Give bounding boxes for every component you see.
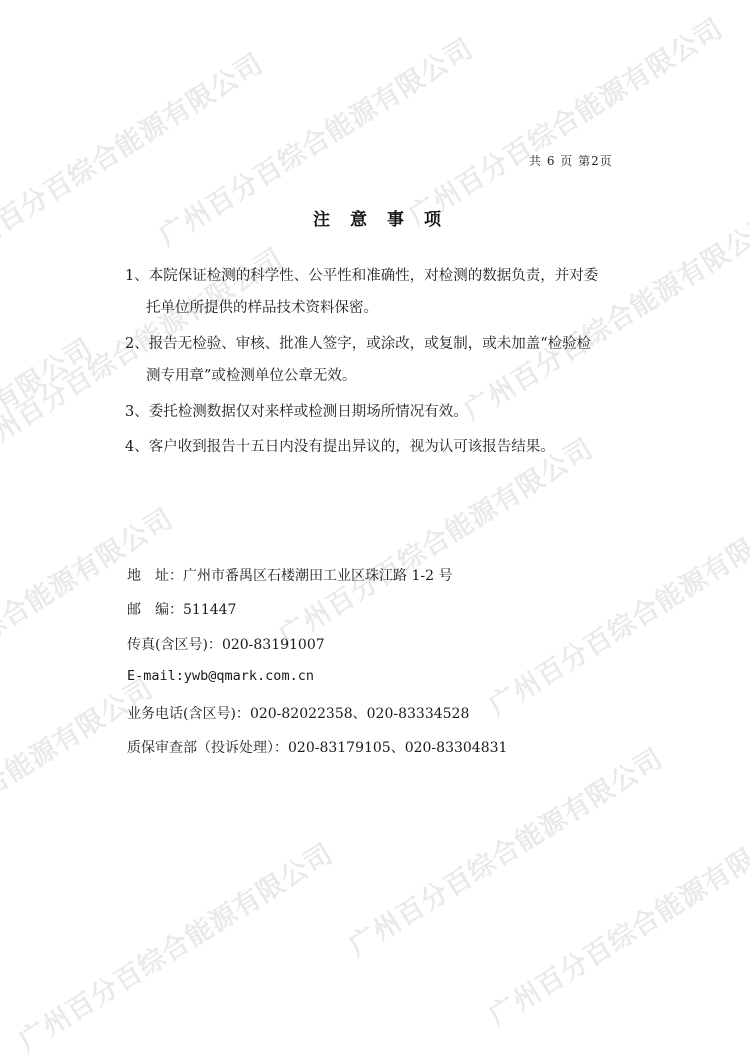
address-label: 地 址：: [127, 568, 183, 584]
notice-item-4: 4、客户收到报告十五日内没有提出异议的，视为认可该报告结果。: [125, 431, 635, 463]
contact-phone: 业务电话(含区号)：020-82022358、020-83334528: [127, 703, 469, 723]
email-value[interactable]: ywb@qmark.com.cn: [184, 668, 314, 684]
phone-value: 020-82022358、020-83334528: [250, 706, 469, 722]
complaint-value: 020-83179105、020-83304831: [288, 740, 507, 756]
notice-text-continued: 托单位所提供的样品技术资料保密。: [125, 292, 635, 324]
complaint-label: 质保审查部（投诉处理）：: [127, 740, 288, 756]
notice-text: 2、报告无检验、审核、批准人签字，或涂改，或复制，或未加盖“检验检: [125, 336, 591, 352]
fax-value: 020-83191007: [222, 637, 325, 653]
phone-label: 业务电话(含区号)：: [127, 706, 250, 722]
notice-text-continued: 测专用章”或检测单位公章无效。: [125, 360, 635, 392]
address-value: 广州市番禺区石楼潮田工业区珠江路 1-2 号: [183, 568, 452, 584]
document-content: 共 6 页 第2页 注意事项 1、本院保证检测的科学性、公平性和准确性，对检测的…: [0, 0, 750, 1061]
page-count: 共 6 页 第2页: [529, 152, 613, 169]
fax-label: 传真(含区号)：: [127, 637, 222, 653]
contact-fax: 传真(含区号)：020-83191007: [127, 634, 325, 654]
notice-text: 1、本院保证检测的科学性、公平性和准确性，对检测的数据负责，并对委: [125, 268, 598, 284]
contact-address: 地 址：广州市番禺区石楼潮田工业区珠江路 1-2 号: [127, 565, 452, 585]
notice-text: 4、客户收到报告十五日内没有提出异议的，视为认可该报告结果。: [125, 439, 555, 455]
page-title: 注意事项: [313, 205, 461, 230]
contact-complaint: 质保审查部（投诉处理）：020-83179105、020-83304831: [127, 737, 507, 757]
notice-item-2: 2、报告无检验、审核、批准人签字，或涂改，或复制，或未加盖“检验检 测专用章”或…: [125, 328, 635, 392]
notice-item-1: 1、本院保证检测的科学性、公平性和准确性，对检测的数据负责，并对委 托单位所提供…: [125, 260, 635, 324]
document-page: 广州百分百综合能源有限公司 广州百分百综合能源有限公司 广州百分百综合能源有限公…: [0, 0, 750, 1061]
postcode-value: 511447: [183, 602, 236, 618]
contact-email: E-mail:ywb@qmark.com.cn: [127, 668, 314, 684]
notice-text: 3、委托检测数据仅对来样或检测日期场所情况有效。: [125, 404, 468, 420]
postcode-label: 邮 编：: [127, 602, 183, 618]
email-label: E-mail:: [127, 668, 184, 684]
notice-item-3: 3、委托检测数据仅对来样或检测日期场所情况有效。: [125, 396, 635, 428]
contact-postcode: 邮 编：511447: [127, 599, 236, 619]
